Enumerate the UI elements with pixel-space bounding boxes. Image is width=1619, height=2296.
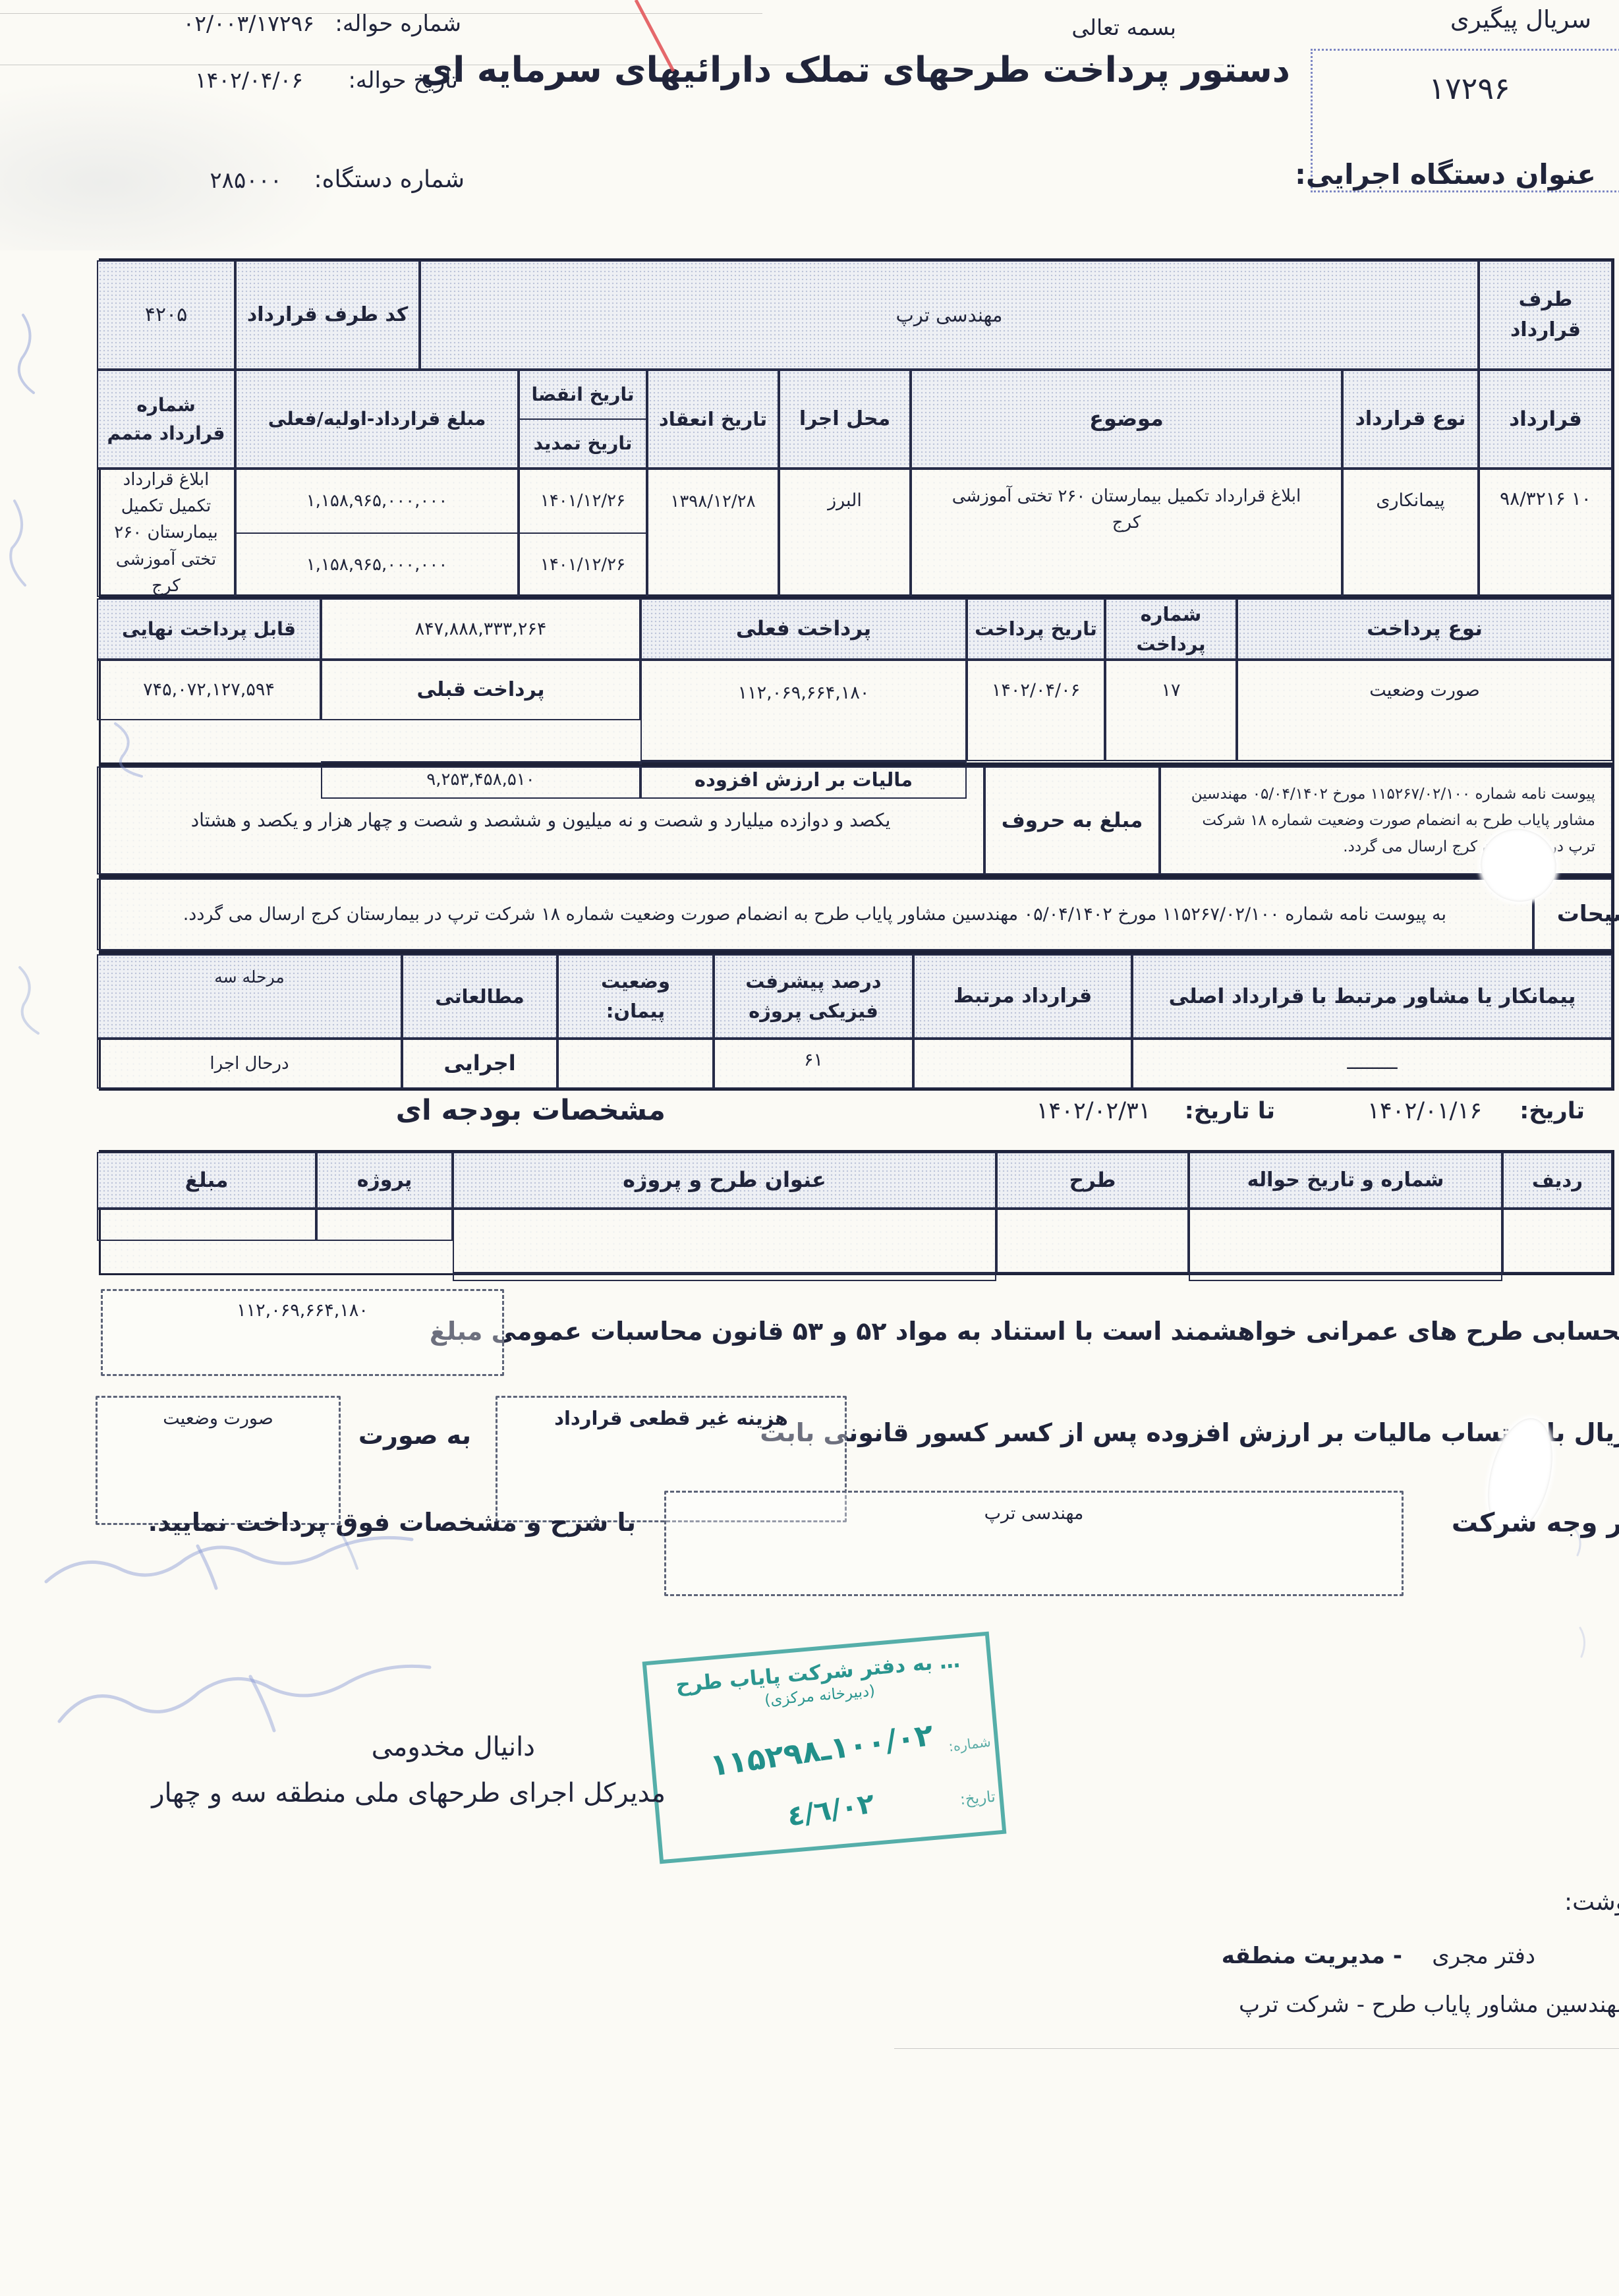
blue-margin-mark <box>20 967 38 1033</box>
period-from-label: تاریخ: <box>1520 1098 1585 1124</box>
remittance-number-label: شماره حواله: <box>335 11 461 37</box>
related-status-empty <box>557 1039 714 1089</box>
contract-supplement-header: شماره قرارداد متمم <box>97 370 235 469</box>
remarks-row: توضیحات به پیوست نامه شماره ۱۱۵۲۶۷/۰۲/۱۰… <box>99 876 1614 952</box>
stamp-date-handwritten: ۰۲/٤/٦ <box>785 1787 876 1832</box>
period-to: تا تاریخ: ۱۴۰۲/۰۲/۳۱ <box>1037 1098 1275 1124</box>
related-contract-table: پیمانکار یا مشاور مرتبط با قرارداد اصلی … <box>99 952 1614 1091</box>
related-consultant-value: ــــــــــ <box>1132 1039 1612 1089</box>
budget-project-header: پروژه <box>316 1152 453 1209</box>
related-contract-value <box>913 1039 1132 1089</box>
remittance-date-value: ۱۴۰۲/۰۴/۰۶ <box>195 67 303 93</box>
remarks-text: به پیوست نامه شماره ۱۱۵۲۶۷/۰۲/۱۰۰ مورخ ۰… <box>97 878 1533 950</box>
payment-current-value: ۸۴۷,۸۸۸,۳۳۳,۲۶۴ <box>321 598 640 660</box>
cc-line2: مهندسین مشاور پایاب طرح - شرکت ترپ <box>1239 1992 1619 2018</box>
budget-section-title: مشخصات بودجه ای <box>396 1094 666 1127</box>
budget-row-cell <box>1502 1209 1612 1273</box>
cc-line1-part2: - مدیریت منطقه <box>1222 1943 1402 1969</box>
payment-final-value: ۱۱۲,۰۶۹,۶۶۴,۱۸۰ <box>640 660 967 761</box>
agency-number-label: شماره دستگاه: <box>314 166 465 193</box>
budget-title-header: عنوان طرح و پروژه <box>453 1152 996 1209</box>
contract-party-code-label: کد طرف قرارداد <box>235 260 420 370</box>
document-title: دستور پرداخت طرحهای تملک دارائیهای سرمای… <box>421 50 1290 90</box>
payee-label: در وجه شرکت <box>1452 1508 1619 1538</box>
payment-final-header: قابل پرداخت نهایی <box>97 598 321 660</box>
budget-remit-cell2 <box>1189 1273 1502 1281</box>
related-progress-header: درصد پیشرفت فیزیکی پروژه <box>714 954 913 1039</box>
statement-dashed-box-label: صورت وضعیت <box>98 1398 339 1429</box>
closing-instruction: با شرح و مشخصات فوق پرداخت نمایید. <box>148 1508 636 1537</box>
budget-plan-header: طرح <box>996 1152 1189 1209</box>
contract-expiry1-value: ۱۴۰۱/۱۲/۲۶ <box>520 470 646 532</box>
payment-current-label: پرداخت فعلی <box>640 598 967 660</box>
payment-type-value: صورت وضعیت <box>1237 660 1612 761</box>
blue-handwriting-line <box>59 1666 430 1721</box>
related-status-value: اجرایی <box>402 1039 557 1089</box>
body-paragraph-2: ریال با احتساب مالیات بر ارزش افزوده پس … <box>760 1418 1619 1447</box>
payee-dashed-box: مهندسی ترپ <box>664 1491 1404 1596</box>
budget-remit-cell <box>316 1209 453 1241</box>
budget-amount-header: مبلغ <box>97 1152 316 1209</box>
cc-line1-part1: دفتر مجری <box>1432 1943 1535 1969</box>
scanned-payment-order-document: سریال پیگیری ۱۷۲۹۶ بسمه تعالی دستور پردا… <box>0 0 1619 2296</box>
agency-title-label: عنوان دستگاه اجرایی: <box>1295 158 1596 190</box>
contract-party-code-value: ۴۲۰۵ <box>97 260 235 370</box>
payment-table: نوع پرداخت شماره پرداخت تاریخ پرداخت پرد… <box>99 596 1614 764</box>
tracking-serial-label: سریال پیگیری <box>1450 5 1591 34</box>
budget-title-cell2 <box>453 1273 996 1281</box>
contract-party-value: مهندسی ترپ <box>420 260 1479 370</box>
amount-dashed-box-value: ۱۱۲,۰۶۹,۶۶۴,۱۸۰ <box>103 1291 502 1321</box>
as-label: به صورت <box>358 1421 471 1450</box>
payment-type-header: نوع پرداخت <box>1237 598 1612 660</box>
contract-expiry-values: ۱۴۰۱/۱۲/۲۶ ۱۴۰۱/۱۲/۲۶ <box>519 469 647 597</box>
contract-amount-header: مبلغ قرارداد-اولیه/فعلی <box>235 370 519 469</box>
payment-number-value: ۱۷ <box>1105 660 1237 761</box>
contract-extension-label: تاریخ تمدید <box>520 418 646 467</box>
related-contract-header: قرارداد مرتبط <box>913 954 1132 1039</box>
amount-words-label: مبلغ به حروف <box>984 766 1160 875</box>
faint-pen-mark <box>1580 1628 1585 1657</box>
budget-title-cell <box>97 1209 316 1241</box>
contract-table: طرف قرارداد مهندسی ترپ کد طرف قرارداد ۴۲… <box>99 258 1614 596</box>
statement-dashed-box: صورت وضعیت <box>96 1396 341 1525</box>
contract-type-header: نوع قرارداد <box>1342 370 1479 469</box>
remittance-date-label: تاریخ حواله: <box>348 67 458 94</box>
contract-signdate-header: تاریخ انعقاد <box>647 370 779 469</box>
payment-previous-value: ۷۴۵,۰۷۲,۱۲۷,۵۹۴ <box>97 660 321 720</box>
related-phase-value: درحال اجرا <box>97 1039 402 1089</box>
cc-label: رونوشت: <box>1564 1889 1619 1916</box>
related-study-header: مطالعاتی <box>402 954 557 1039</box>
expense-dashed-box-label: هزینه غیر قطعی قرارداد <box>497 1398 845 1429</box>
contract-signdate-value: ۱۳۹۸/۱۲/۲۸ <box>647 469 779 597</box>
payment-previous-label: پرداخت قبلی <box>321 660 640 720</box>
payee-dashed-box-value: مهندسی ترپ <box>666 1493 1402 1524</box>
payment-date-header: تاریخ پرداخت <box>967 598 1105 660</box>
blue-handwriting-line <box>46 1537 412 1582</box>
contract-number-value: ۱۰ ۹۸/۳۲۱۶ <box>1479 469 1612 597</box>
contract-location-value: البرز <box>779 469 911 597</box>
signatory-title: مدیرکل اجرای طرحهای ملی منطقه سه و چهار <box>152 1778 666 1808</box>
remarks-label: توضیحات <box>1557 897 1619 932</box>
stamp-date-label: تاریخ: <box>959 1789 996 1809</box>
budget-project-cell <box>996 1209 1189 1273</box>
stamp-number-handwritten: ۱۰۰/۰۲ـ۱۱۵۲۹۸ <box>708 1717 936 1783</box>
blue-handwriting-stroke <box>250 1677 274 1731</box>
contract-expiry-header: تاریخ انقضا تاریخ تمدید <box>519 370 647 469</box>
contract-type-value: پیمانکاری <box>1342 469 1479 597</box>
period-to-label: تا تاریخ: <box>1185 1098 1275 1124</box>
period-from: تاریخ: ۱۴۰۲/۰۱/۱۶ <box>1367 1098 1585 1124</box>
amount-dashed-box: ۱۱۲,۰۶۹,۶۶۴,۱۸۰ <box>101 1289 504 1376</box>
contract-amount2-value: ۱,۱۵۸,۹۶۵,۰۰۰,۰۰۰ <box>237 532 517 596</box>
budget-table: ردیف شماره و تاریخ حواله طرح عنوان طرح و… <box>99 1150 1614 1275</box>
contract-supplement-value: ابلاغ قرارداد تکمیل تکمیل بیمارستان ۲۶۰ … <box>97 469 235 597</box>
tracking-serial-number: ۱۷۲۹۶ <box>1313 51 1619 106</box>
amount-words-value: یکصد و دوازده میلیارد و شصت و نه میلیون … <box>97 766 984 875</box>
blue-margin-mark <box>19 315 34 393</box>
contract-amount-values: ۱,۱۵۸,۹۶۵,۰۰۰,۰۰۰ ۱,۱۵۸,۹۶۵,۰۰۰,۰۰۰ <box>235 469 519 597</box>
agency-number-value: ۲۸۵۰۰۰ <box>210 167 282 194</box>
body-paragraph-1: یحسابی طرح های عمرانی خواهشمند است با اس… <box>430 1317 1619 1346</box>
budget-amount-cell <box>453 1209 996 1273</box>
payment-date-value: ۱۴۰۲/۰۴/۰۶ <box>967 660 1105 761</box>
scan-artifact-line <box>894 2048 1619 2049</box>
contract-location-header: محل اجرا <box>779 370 911 469</box>
budget-plan-cell <box>1189 1209 1502 1273</box>
period-from-value: ۱۴۰۲/۰۱/۱۶ <box>1367 1098 1482 1124</box>
contract-subject-value: ابلاغ قرارداد تکمیل بیمارستان ۲۶۰ تختی آ… <box>911 469 1342 597</box>
amount-words-row: پیوست نامه شماره ۱۱۵۲۶۷/۰۲/۱۰۰ مورخ ۰۵/۰… <box>99 764 1614 876</box>
contract-party-label: طرف قرارداد <box>1479 260 1612 370</box>
related-consultant-header: پیمانکار یا مشاور مرتبط با قرارداد اصلی <box>1132 954 1612 1039</box>
payment-number-header: شماره پرداخت <box>1105 598 1237 660</box>
blue-handwriting-stroke <box>343 1535 357 1568</box>
related-phase-header: مرحله سه <box>97 954 402 1039</box>
stamp-number-label: شماره: <box>948 1734 992 1755</box>
blue-margin-mark <box>11 501 25 585</box>
related-status-header: وضعیت پیمان: <box>557 954 714 1039</box>
contract-amount1-value: ۱,۱۵۸,۹۶۵,۰۰۰,۰۰۰ <box>237 470 517 532</box>
budget-remit-header: شماره و تاریخ حواله <box>1189 1152 1502 1209</box>
contract-row-label: قرارداد <box>1479 370 1612 469</box>
bismillah: بسمه تعالی <box>1071 14 1176 40</box>
company-receipt-stamp: … به دفتر شرکت پایاب طرح (دبیرخانه مرکزی… <box>642 1632 1007 1864</box>
related-progress-value: ۶۱ <box>714 1039 913 1089</box>
budget-row-header: ردیف <box>1502 1152 1612 1209</box>
contract-expiry-label: تاریخ انقضا <box>520 371 646 418</box>
period-to-value: ۱۴۰۲/۰۲/۳۱ <box>1037 1098 1151 1124</box>
blue-handwriting-stroke <box>198 1546 216 1588</box>
signatory-name: دانیال مخدومی <box>372 1732 535 1762</box>
contract-expiry2-value: ۱۴۰۱/۱۲/۲۶ <box>520 532 646 596</box>
remittance-number-value: ۰۲/۰۰۳/۱۷۲۹۶ <box>183 11 314 36</box>
contract-subject-header: موضوع <box>911 370 1342 469</box>
